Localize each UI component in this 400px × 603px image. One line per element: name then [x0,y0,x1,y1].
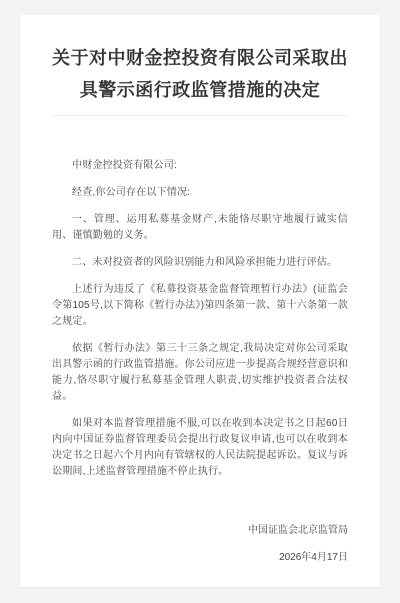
paragraph-decision: 依据《暂行办法》第三十三条之规定,我局决定对你公司采取出具警示函的行政监管措施。… [52,341,348,405]
paragraph-intro: 经查,你公司存在以下情况: [52,185,348,201]
document-title-line-2: 具警示函行政监管措施的决定 [52,74,348,106]
signature-block: 中国证监会北京监管局 2026年4月17日 [52,523,348,566]
paragraph-salutation: 中财金控投资有限公司: [52,158,348,174]
issuer-name: 中国证监会北京监管局 [52,523,348,539]
title-divider [52,115,348,116]
document-body: 中财金控投资有限公司: 经查,你公司存在以下情况: 一、管理、运用私募基金财产,… [52,158,348,480]
paragraph-violation: 上述行为违反了《私募投资基金监督管理暂行办法》(证监会令第105号,以下简称《暂… [52,282,348,330]
paragraph-finding-1: 一、管理、运用私募基金财产,未能恪尽职守地履行诚实信用、谨慎勤勉的义务。 [52,212,348,244]
issue-date: 2026年4月17日 [52,550,348,566]
paragraph-finding-2: 二、未对投资者的风险识别能力和风险承担能力进行评估。 [52,255,348,271]
document-title: 关于对中财金控投资有限公司采取出 具警示函行政监管措施的决定 [52,42,348,106]
document-title-line-1: 关于对中财金控投资有限公司采取出 [52,42,348,74]
paragraph-appeal-rights: 如果对本监督管理措施不服,可以在收到本决定书之日起60日内向中国证券监督管理委员… [52,416,348,480]
document-card: 关于对中财金控投资有限公司采取出 具警示函行政监管措施的决定 中财金控投资有限公… [20,15,380,587]
page-background: 关于对中财金控投资有限公司采取出 具警示函行政监管措施的决定 中财金控投资有限公… [0,0,400,603]
